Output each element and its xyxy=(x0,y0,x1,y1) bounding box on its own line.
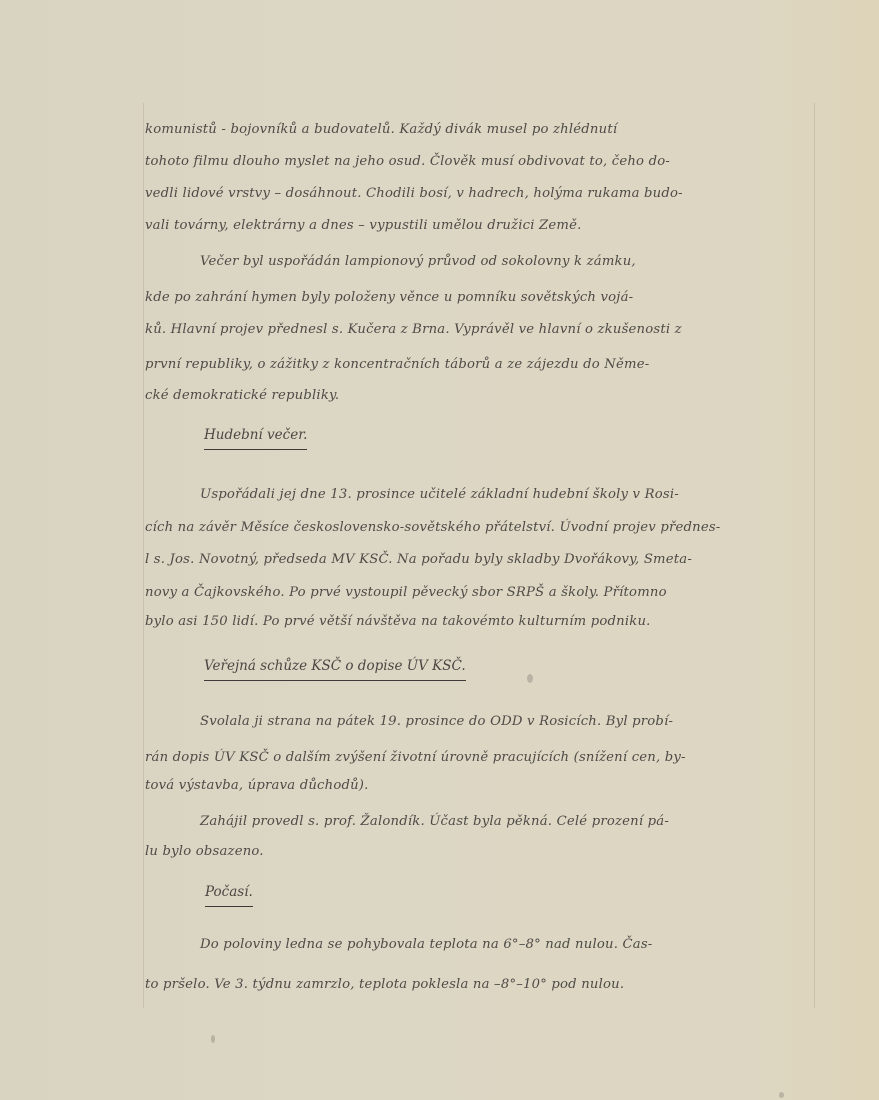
text-line: Do poloviny ledna se pohybovala teplota … xyxy=(145,935,810,955)
section-heading-public-meeting: Veřejná schůze KSČ o dopise ÚV KSČ. xyxy=(204,656,466,681)
paper-stain xyxy=(779,1092,784,1098)
text-line: ků. Hlavní projev přednesl s. Kučera z B… xyxy=(145,320,810,340)
text-line: tová výstavba, úprava důchodů). xyxy=(145,776,810,796)
text-line: tohoto filmu dlouho myslet na jeho osud.… xyxy=(145,152,810,172)
text-line: vali továrny, elektrárny a dnes – vypust… xyxy=(145,216,810,236)
manuscript-page: komunistů - bojovníků a budovatelů. Každ… xyxy=(0,0,879,1100)
text-line: bylo asi 150 lidí. Po prvé větší návštěv… xyxy=(145,612,810,632)
text-line: cké demokratické republiky. xyxy=(145,386,810,406)
text-line: Večer byl uspořádán lampionový průvod od… xyxy=(145,252,810,272)
text-line: novy a Čajkovského. Po prvé vystoupil pě… xyxy=(145,583,810,603)
text-line: vedli lidové vrstvy – dosáhnout. Chodili… xyxy=(145,184,810,204)
paper-stain xyxy=(211,1035,215,1043)
text-line: první republiky, o zážitky z koncentračn… xyxy=(145,355,810,375)
text-line: cích na závěr Měsíce československo-sově… xyxy=(145,518,810,538)
text-line: Zahájil provedl s. prof. Žalondík. Účast… xyxy=(145,812,810,832)
paper-stain xyxy=(527,674,533,683)
text-line: Svolala ji strana na pátek 19. prosince … xyxy=(145,712,810,732)
text-line: kde po zahrání hymen byly položeny věnce… xyxy=(145,288,810,308)
text-line: komunistů - bojovníků a budovatelů. Každ… xyxy=(145,120,810,140)
section-heading-music-evening: Hudební večer. xyxy=(204,425,307,450)
text-line: lu bylo obsazeno. xyxy=(145,842,810,862)
text-line: l s. Jos. Novotný, předseda MV KSČ. Na p… xyxy=(145,550,810,570)
text-line: Uspořádali jej dne 13. prosince učitelé … xyxy=(145,485,810,505)
section-heading-weather: Počasí. xyxy=(205,882,253,907)
text-line: rán dopis ÚV KSČ o dalším zvýšení životn… xyxy=(145,748,810,768)
text-line: to pršelo. Ve 3. týdnu zamrzlo, teplota … xyxy=(145,975,810,995)
